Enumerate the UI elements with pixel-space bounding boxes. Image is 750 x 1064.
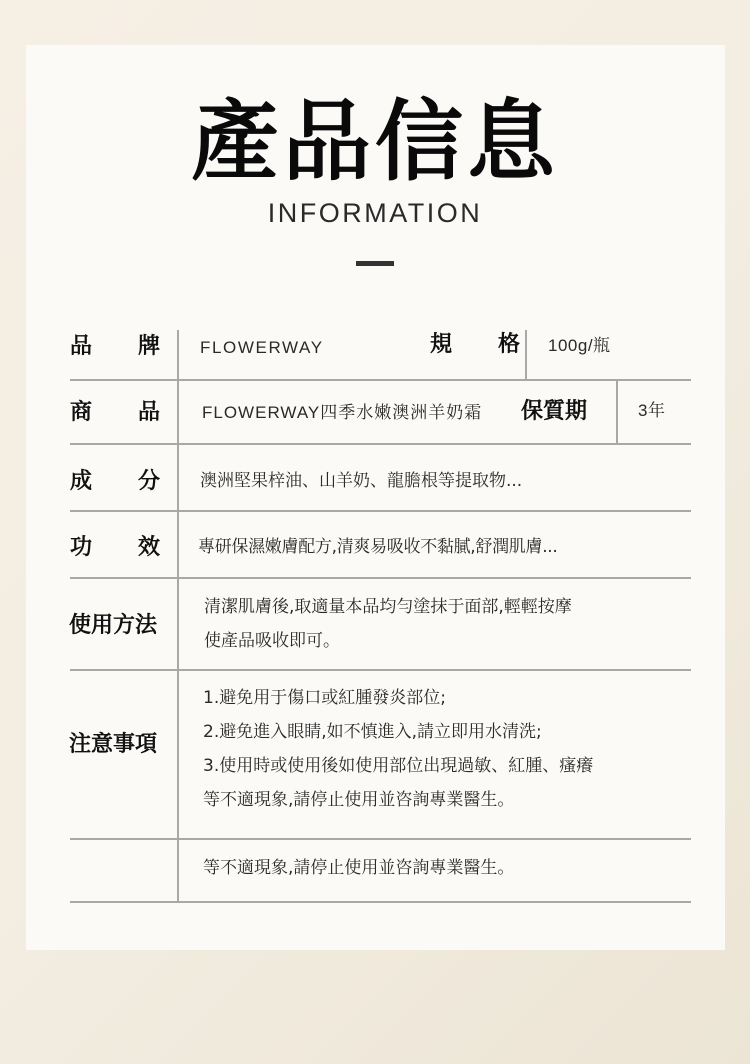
page-subtitle: INFORMATION <box>0 196 750 230</box>
caution-line: 等不適現象,請停止使用並咨詢專業醫生。 <box>203 783 593 817</box>
usage-line: 使產品吸收即可。 <box>204 624 572 658</box>
efficacy-label: 功 效 <box>70 533 160 563</box>
cautions-value: 1.避免用于傷口或紅腫發炎部位; 2.避免進入眼睛,如不慎進入,請立即用水清洗;… <box>203 681 593 817</box>
row-divider <box>70 577 691 579</box>
row-divider <box>70 669 691 671</box>
ingredients-value: 澳洲堅果梓油、山羊奶、龍膽根等提取物... <box>200 469 522 493</box>
spec-value: 100g/瓶 <box>548 334 611 358</box>
brand-label: 品 牌 <box>70 332 160 362</box>
ingredients-label-char: 成 <box>70 467 92 497</box>
spec-label-char: 格 <box>498 330 520 360</box>
product-label: 商 品 <box>70 398 160 428</box>
brand-label-char: 牌 <box>138 332 160 362</box>
row-divider <box>70 510 691 512</box>
spec-label: 規 格 <box>430 330 520 360</box>
spec-label-char: 規 <box>430 330 452 360</box>
caution-line: 1.避免用于傷口或紅腫發炎部位; <box>203 681 593 715</box>
efficacy-value: 專研保濕嫩膚配方,清爽易吸收不黏膩,舒潤肌膚... <box>198 535 558 559</box>
product-label-char: 商 <box>70 398 92 428</box>
ingredients-label: 成 分 <box>70 467 160 497</box>
spec-divider <box>525 330 527 380</box>
page-title: 產品信息 <box>0 92 750 192</box>
brand-value: FLOWERWAY <box>200 336 324 360</box>
ingredients-label-char: 分 <box>138 467 160 497</box>
shelf-life-label: 保質期 <box>521 397 587 427</box>
brand-label-char: 品 <box>70 332 92 362</box>
shelf-life-divider <box>616 380 618 444</box>
row-divider <box>70 901 691 903</box>
title-divider <box>356 261 394 266</box>
shelf-life-value: 3年 <box>638 399 665 423</box>
extra-value: 等不適現象,請停止使用並咨詢專業醫生。 <box>203 856 514 880</box>
row-divider <box>70 838 691 840</box>
caution-line: 2.避免進入眼睛,如不慎進入,請立即用水清洗; <box>203 715 593 749</box>
row-divider <box>70 443 691 445</box>
efficacy-label-char: 功 <box>70 533 92 563</box>
usage-value: 清潔肌膚後,取適量本品均勻塗抹于面部,輕輕按摩 使產品吸收即可。 <box>204 590 572 658</box>
caution-line: 3.使用時或使用後如使用部位出現過敏、紅腫、瘙癢 <box>203 749 593 783</box>
product-value: FLOWERWAY四季水嫩澳洲羊奶霜 <box>202 401 482 425</box>
efficacy-label-char: 效 <box>138 533 160 563</box>
usage-line: 清潔肌膚後,取適量本品均勻塗抹于面部,輕輕按摩 <box>204 590 572 624</box>
usage-label: 使用方法 <box>69 611 157 641</box>
row-divider <box>70 379 691 381</box>
label-column-divider <box>177 330 179 902</box>
product-label-char: 品 <box>138 398 160 428</box>
cautions-label: 注意事項 <box>69 730 157 760</box>
